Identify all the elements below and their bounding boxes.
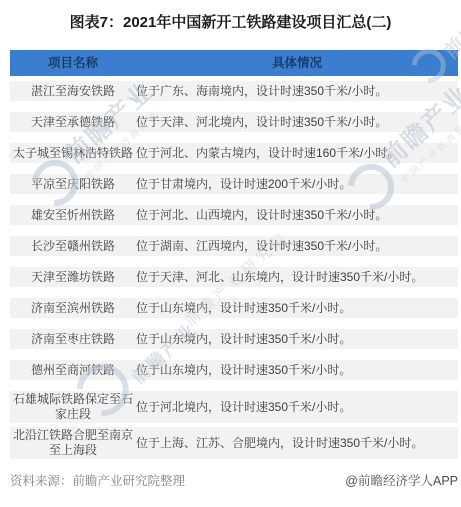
table-row: 长沙至赣州铁路 位于湖南、江西境内，设计时速350千米/小时。 bbox=[10, 236, 458, 256]
project-name-cell: 雄安至忻州铁路 bbox=[10, 208, 136, 223]
table-row: 济南至枣庄铁路 位于山东境内，设计时速350千米/小时。 bbox=[10, 329, 458, 349]
column-header-project-name: 项目名称 bbox=[10, 56, 136, 71]
detail-cell: 位于河北、山西境内，设计时速350千米/小时。 bbox=[136, 208, 458, 223]
project-name-cell: 德州至商河铁路 bbox=[10, 363, 136, 378]
detail-cell: 位于山东境内，设计时速350千米/小时。 bbox=[136, 301, 458, 316]
projects-table: 项目名称 具体情况 湛江至海安铁路 位于广东、海南境内，设计时速350千米/小时… bbox=[10, 50, 458, 459]
table-row: 北沿江铁路合肥至南京至上海段 位于上海、江苏、合肥境内，设计时速350千米/小时… bbox=[10, 427, 458, 459]
detail-cell: 位于山东境内，设计时速350千米/小时。 bbox=[136, 363, 458, 378]
project-name-cell: 北沿江铁路合肥至南京至上海段 bbox=[10, 428, 136, 458]
project-name-cell: 长沙至赣州铁路 bbox=[10, 239, 136, 254]
table-row: 湛江至海安铁路 位于广东、海南境内，设计时速350千米/小时。 bbox=[10, 81, 458, 101]
project-name-cell: 天津至承德铁路 bbox=[10, 115, 136, 130]
project-name-cell: 平凉至庆阳铁路 bbox=[10, 177, 136, 192]
detail-cell: 位于河北境内，设计时速350千米/小时。 bbox=[136, 400, 458, 415]
project-name-cell: 天津至潍坊铁路 bbox=[10, 270, 136, 285]
footer: 资料来源：前瞻产业研究院整理 @前瞻经济学人APP bbox=[10, 474, 458, 489]
table-row: 天津至承德铁路 位于天津、河北境内，设计时速350千米/小时。 bbox=[10, 112, 458, 132]
table-header-row: 项目名称 具体情况 bbox=[10, 50, 458, 76]
project-name-cell: 湛江至海安铁路 bbox=[10, 84, 136, 99]
table-row: 济南至滨州铁路 位于山东境内，设计时速350千米/小时。 bbox=[10, 298, 458, 318]
table-row: 平凉至庆阳铁路 位于甘肃境内，设计时速200千米/小时。 bbox=[10, 174, 458, 194]
data-source-label: 资料来源：前瞻产业研究院整理 bbox=[10, 474, 185, 489]
project-name-cell: 济南至枣庄铁路 bbox=[10, 332, 136, 347]
project-name-cell: 石雄城际铁路保定至石家庄段 bbox=[10, 392, 136, 422]
table-row: 石雄城际铁路保定至石家庄段 位于河北境内，设计时速350千米/小时。 bbox=[10, 391, 458, 423]
credit-label: @前瞻经济学人APP bbox=[345, 474, 458, 489]
detail-cell: 位于甘肃境内，设计时速200千米/小时。 bbox=[136, 177, 458, 192]
detail-cell: 位于山东境内，设计时速350千米/小时。 bbox=[136, 332, 458, 347]
detail-cell: 位于湖南、江西境内，设计时速350千米/小时。 bbox=[136, 239, 458, 254]
detail-cell: 位于天津、河北、山东境内，设计时速350千米/小时。 bbox=[136, 270, 458, 285]
detail-cell: 位于广东、海南境内，设计时速350千米/小时。 bbox=[136, 84, 458, 99]
detail-cell: 位于天津、河北境内，设计时速350千米/小时。 bbox=[136, 115, 458, 130]
table-row: 天津至潍坊铁路 位于天津、河北、山东境内，设计时速350千米/小时。 bbox=[10, 267, 458, 287]
detail-cell: 位于河北、内蒙古境内，设计时速160千米/小时。 bbox=[136, 146, 458, 161]
project-name-cell: 济南至滨州铁路 bbox=[10, 301, 136, 316]
column-header-details: 具体情况 bbox=[136, 56, 458, 71]
table-row: 德州至商河铁路 位于山东境内，设计时速350千米/小时。 bbox=[10, 360, 458, 380]
table-row: 太子城至锡林浩特铁路 位于河北、内蒙古境内，设计时速160千米/小时。 bbox=[10, 143, 458, 163]
table-row: 雄安至忻州铁路 位于河北、山西境内，设计时速350千米/小时。 bbox=[10, 205, 458, 225]
project-name-cell: 太子城至锡林浩特铁路 bbox=[10, 146, 136, 161]
detail-cell: 位于上海、江苏、合肥境内，设计时速350千米/小时。 bbox=[136, 436, 458, 451]
page-title: 图表7：2021年中国新开工铁路建设项目汇总(二) bbox=[0, 0, 461, 33]
